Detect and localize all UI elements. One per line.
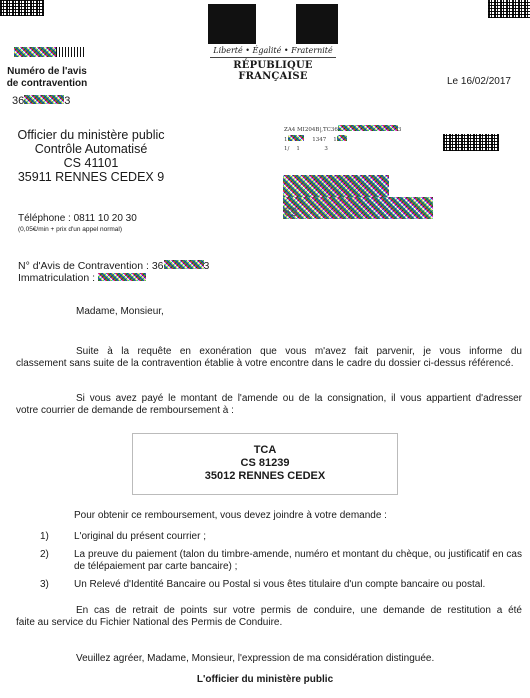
paragraph-pieces: Pour obtenir ce remboursement, vous deve… (74, 510, 387, 522)
recipient-postcode: 69 (284, 205, 297, 219)
datamatrix-code-top-left (0, 0, 44, 16)
code-line-2: 1 1347 1 (284, 135, 401, 145)
republic-motto: Liberté • Égalité • Fraternité (208, 46, 338, 55)
reference-immatriculation: Immatriculation : (18, 272, 146, 284)
recipient-address-redaction-2 (283, 197, 433, 219)
code-line-3: 1/ 1 3 (284, 145, 401, 154)
sender-address: Officier du ministère public Contrôle Au… (16, 128, 166, 184)
sender-phone-note: (0,05€/min + prix d'un appel normal) (18, 226, 122, 233)
avis-label: Numéro de l'avis de contravention (4, 66, 90, 90)
list-text: La preuve du paiement (talon du timbre-a… (74, 549, 522, 573)
avis-number: 363 (12, 95, 70, 107)
paragraph-remboursement: Si vous avez payé le montant de l'amende… (16, 393, 522, 417)
salutation: Madame, Monsieur, (76, 306, 164, 318)
logo-divider (210, 57, 336, 58)
paragraph-classement: Suite à la requête en exonération que vo… (16, 346, 522, 370)
republic-name: RÉPUBLIQUE FRANÇAISE (208, 60, 338, 82)
signature: L'officier du ministère public (0, 674, 530, 686)
avis-barcode-redaction (14, 47, 56, 57)
recipient-address-redaction (283, 175, 389, 199)
immatriculation-redaction (98, 273, 146, 281)
marianne-logo (208, 4, 338, 44)
avis-number-redaction (24, 95, 64, 104)
code-redaction (338, 125, 398, 131)
logo-profile-block (296, 4, 338, 44)
refund-address-box: TCA CS 81239 35012 RENNES CEDEX (132, 433, 398, 495)
list-number: 3) (40, 579, 49, 591)
avis-label-line1: Numéro de l'avis (4, 66, 90, 78)
datamatrix-code-top-right (488, 0, 530, 18)
reference-avis: N° d'Avis de Contravention : 363 (18, 260, 209, 272)
sender-phone: Téléphone : 0811 10 20 30 (18, 213, 137, 225)
paragraph-points: En cas de retrait de points sur votre pe… (16, 605, 522, 629)
letter-date: Le 16/02/2017 (447, 76, 511, 88)
recipient-codes: ZA4 MI204B|,TC363 1 1347 1 1/ 1 3 (284, 125, 401, 154)
logo-left-block (208, 4, 256, 44)
list-number: 1) (40, 531, 49, 543)
list-text: L'original du présent courrier ; (74, 531, 524, 543)
recipient-datamatrix (443, 134, 499, 151)
reference-avis-redaction (164, 260, 204, 269)
list-number: 2) (40, 549, 49, 561)
list-text: Un Relevé d'Identité Bancaire ou Postal … (74, 579, 524, 591)
closing-formula: Veuillez agréer, Madame, Monsieur, l'exp… (76, 653, 434, 665)
avis-label-line2: de contravention (4, 78, 90, 90)
code-line-1: ZA4 MI204B|,TC363 (284, 125, 401, 135)
